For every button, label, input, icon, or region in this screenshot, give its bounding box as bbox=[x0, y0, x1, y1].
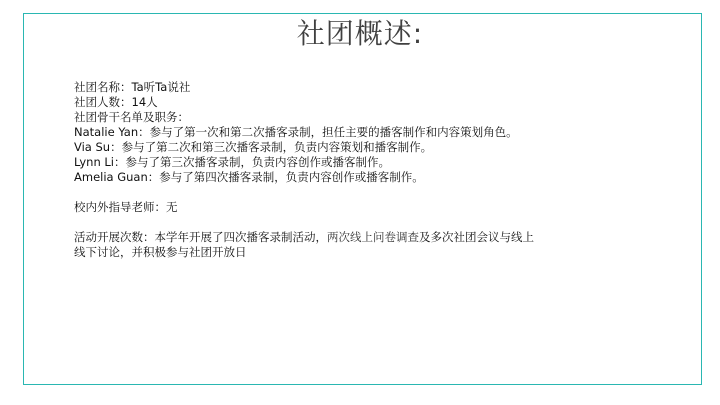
member-entry: Via Su：参与了第二次和第三次播客录制，负责内容策划和播客制作。 bbox=[74, 140, 634, 155]
overview-body: 社团名称：Ta听Ta说社 社团人数：14人 社团骨干名单及职务： Natalie… bbox=[74, 80, 634, 260]
activities-text: 活动开展次数：本学年开展了四次播客录制活动， bbox=[74, 230, 327, 244]
member-role: ：参与了第二次和第三次播客录制，负责内容策划和播客制作。 bbox=[110, 140, 432, 154]
activities-survey-text: 两次线上问卷调查 bbox=[327, 230, 419, 244]
spacer bbox=[74, 215, 634, 230]
spacer bbox=[74, 185, 634, 200]
member-name: Natalie Yan bbox=[74, 125, 138, 139]
member-name: Via Su bbox=[74, 140, 110, 154]
advisor: 校内外指导老师：无 bbox=[74, 200, 634, 215]
slide: 社团概述: 社团名称：Ta听Ta说社 社团人数：14人 社团骨干名单及职务： N… bbox=[0, 0, 720, 405]
member-entry: Amelia Guan：参与了第四次播客录制，负责内容创作或播客制作。 bbox=[74, 170, 634, 185]
member-entry: Lynn Li：参与了第三次播客录制，负责内容创作或播客制作。 bbox=[74, 155, 634, 170]
member-role: ：参与了第四次播客录制，负责内容创作或播客制作。 bbox=[148, 170, 424, 184]
member-count: 社团人数：14人 bbox=[74, 95, 634, 110]
member-name: Lynn Li bbox=[74, 155, 114, 169]
roster-heading: 社团骨干名单及职务： bbox=[74, 110, 634, 125]
member-entry: Natalie Yan：参与了第一次和第二次播客录制，担任主要的播客制作和内容策… bbox=[74, 125, 634, 140]
activities-text: 及多次社团会议与线上 bbox=[419, 230, 534, 244]
slide-title: 社团概述: bbox=[0, 14, 720, 54]
member-role: ：参与了第一次和第二次播客录制，担任主要的播客制作和内容策划角色。 bbox=[138, 125, 518, 139]
member-name: Amelia Guan bbox=[74, 170, 148, 184]
activities-line-1: 活动开展次数：本学年开展了四次播客录制活动，两次线上问卷调查及多次社团会议与线上 bbox=[74, 230, 634, 245]
activities-line-2: 线下讨论，并积极参与社团开放日 bbox=[74, 245, 634, 260]
member-role: ：参与了第三次播客录制，负责内容创作或播客制作。 bbox=[114, 155, 390, 169]
club-name: 社团名称：Ta听Ta说社 bbox=[74, 80, 634, 95]
